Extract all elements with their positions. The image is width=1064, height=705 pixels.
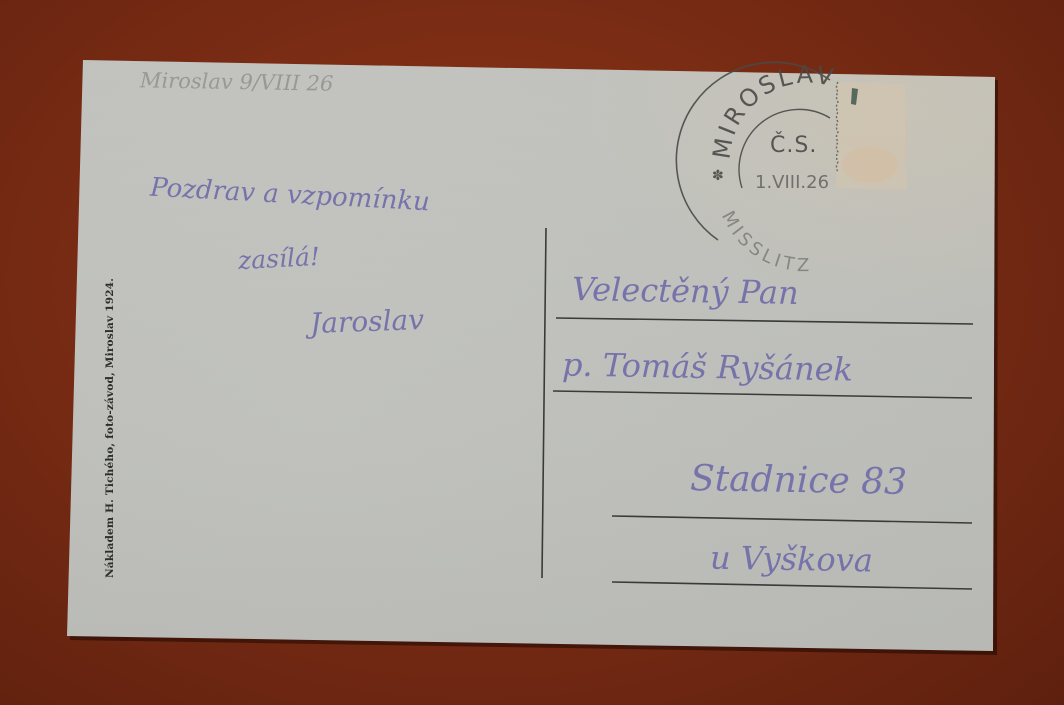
photo-scene: MIROSLAV MISSLITZ Č.S. 1.VIII.26 ✽ Nákla…	[0, 0, 1064, 705]
postmark-country-text: Č.S.	[770, 132, 817, 158]
address-line-4	[612, 582, 972, 589]
publisher-imprint: Nákladem H. Tichého, foto-závod, Mirosla…	[104, 278, 116, 578]
message-line-2: zasílá!	[237, 242, 320, 275]
address-line-2	[553, 391, 972, 398]
postmark-bottom-text: MISSLITZ	[717, 208, 813, 277]
address-line-2-text: p. Tomáš Ryšánek	[562, 345, 854, 388]
address-line-1-text: Velectěný Pan	[572, 270, 799, 312]
postmark-date-text: 1.VIII.26	[755, 172, 829, 193]
postmark: MIROSLAV MISSLITZ Č.S. 1.VIII.26 ✽	[676, 61, 838, 277]
postcard-markings: MIROSLAV MISSLITZ Č.S. 1.VIII.26 ✽	[0, 0, 1064, 705]
address-line-3-text: Stadnice 83	[690, 458, 908, 503]
pencil-note: Miroslav 9/VIII 26	[140, 68, 334, 95]
divider-line	[542, 228, 546, 578]
message-signature: Jaroslav	[309, 303, 424, 340]
postmark-ornament-icon: ✽	[712, 168, 724, 184]
address-line-1	[556, 318, 973, 324]
address-line-4-text: u Vyškova	[710, 539, 874, 580]
address-line-3	[612, 516, 972, 523]
stamp-remnant	[836, 82, 907, 190]
